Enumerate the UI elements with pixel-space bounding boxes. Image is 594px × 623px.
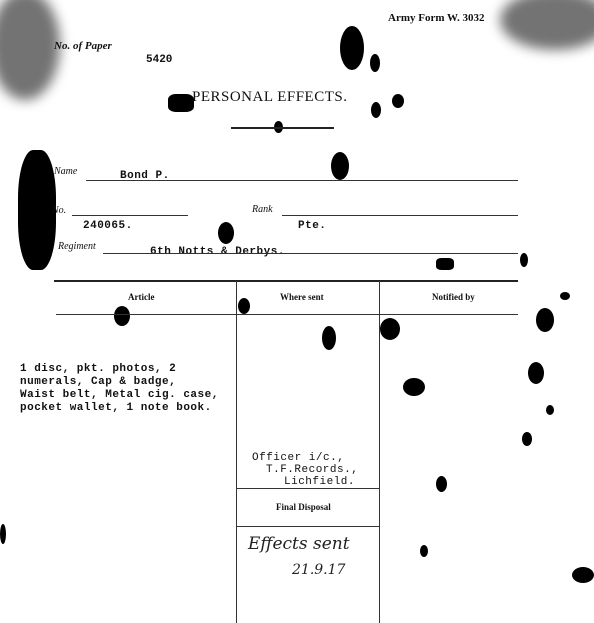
final-disposal-date: 21.9.17 [292, 562, 345, 578]
header-where-sent: Where sent [280, 292, 324, 302]
name-label: Name [54, 166, 77, 177]
ink-blot [572, 567, 594, 583]
header-notified-by: Notified by [432, 292, 475, 302]
ink-blot [536, 308, 554, 332]
rank-value: Pte. [298, 220, 326, 232]
ink-blot [522, 432, 532, 446]
ink-blot [114, 306, 130, 326]
final-disposal-label: Final Disposal [276, 502, 331, 512]
ink-blot [392, 94, 404, 108]
where-sent-address: Officer i/c., T.F.Records., Lichfield. [252, 452, 358, 488]
regiment-line [103, 253, 518, 254]
regiment-value: 6th Notts & Derbys. [150, 246, 285, 258]
ink-blot [436, 258, 454, 270]
ink-blot [560, 292, 570, 300]
table-divider [236, 281, 237, 623]
header-article: Article [128, 292, 154, 302]
where-sent-line: T.F.Records., [252, 464, 358, 476]
final-disposal-top-rule [237, 488, 379, 489]
ink-blot [520, 253, 528, 267]
rank-label: Rank [252, 204, 273, 215]
ink-blot [436, 476, 447, 492]
ink-blot [546, 405, 554, 415]
where-sent-line: Lichfield. [252, 476, 358, 488]
ink-blot [218, 222, 234, 244]
article-line: Waist belt, Metal cig. case, [20, 389, 219, 402]
article-line: 1 disc, pkt. photos, 2 [20, 363, 219, 376]
ink-blot [322, 326, 336, 350]
ink-blot [18, 150, 56, 270]
ink-blot [238, 298, 250, 314]
regiment-label: Regiment [58, 241, 96, 252]
ink-blot [0, 524, 6, 544]
ink-blot [168, 94, 194, 112]
where-sent-line: Officer i/c., [252, 452, 358, 464]
ink-blot [420, 545, 428, 557]
paper-number-label: No. of Paper [54, 40, 112, 52]
paper-number: 5420 [146, 54, 172, 66]
header-bottom-rule [56, 314, 518, 315]
ink-blot [340, 26, 364, 70]
final-disposal-note: Effects sent [248, 534, 350, 554]
number-label: No. [52, 205, 66, 216]
ink-blot [371, 102, 381, 118]
ink-stain [500, 0, 594, 50]
form-number: Army Form W. 3032 [388, 12, 485, 24]
ink-blot [331, 152, 349, 180]
ink-blot [403, 378, 425, 396]
table-divider [379, 281, 380, 623]
number-value: 240065. [83, 220, 133, 232]
title-underline [231, 127, 334, 129]
table-top-rule [54, 280, 518, 282]
article-line: numerals, Cap & badge, [20, 376, 219, 389]
ink-blot [528, 362, 544, 384]
ink-blot [370, 54, 380, 72]
article-line: pocket wallet, 1 note book. [20, 402, 219, 415]
number-line [72, 215, 188, 216]
document-title: PERSONAL EFFECTS. [192, 89, 347, 106]
ink-blot [380, 318, 400, 340]
ink-stain [0, 0, 60, 100]
name-line [86, 180, 518, 181]
rank-line [282, 215, 518, 216]
final-disposal-bottom-rule [237, 526, 379, 527]
article-list: 1 disc, pkt. photos, 2 numerals, Cap & b… [20, 363, 219, 415]
